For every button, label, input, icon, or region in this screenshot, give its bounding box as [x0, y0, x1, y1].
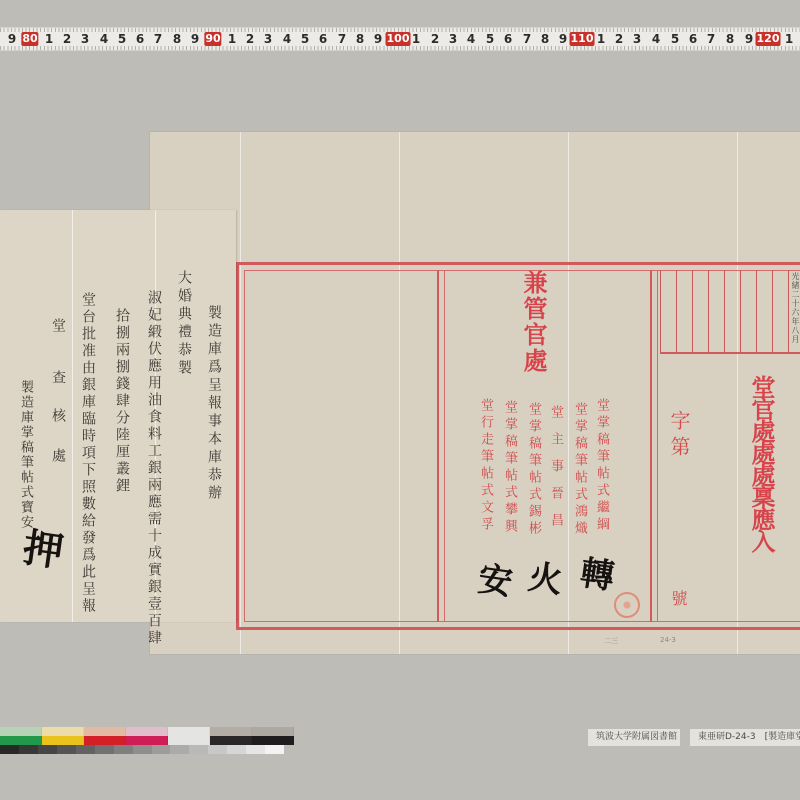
ruler-number: 2 — [615, 32, 623, 46]
gray-step — [208, 745, 227, 754]
color-swatch — [0, 736, 42, 745]
color-swatch — [252, 736, 294, 745]
color-calibration-chart — [0, 727, 284, 751]
petition-line: 淑妃緞伏應用油食料工銀兩應需十成實銀壹百肆 — [144, 290, 164, 647]
ruler-number: 9 — [8, 32, 16, 46]
gray-step — [38, 745, 57, 754]
field-label-hao: 號 — [667, 590, 690, 610]
middle-panel-title: 兼管官處 — [516, 270, 551, 374]
color-swatch — [210, 727, 252, 736]
ruler-number: 7 — [707, 32, 715, 46]
gray-step — [57, 745, 76, 754]
petition-line: 堂 — [48, 318, 68, 336]
ruler-number: 100 — [386, 32, 411, 46]
color-swatch — [42, 736, 84, 745]
ruler-number: 8 — [173, 32, 181, 46]
petition-line: 製造庫爲呈報事本庫恭辦 — [204, 305, 224, 503]
ruler-number: 5 — [486, 32, 494, 46]
ruler-number: 7 — [338, 32, 346, 46]
ruler-number: 7 — [154, 32, 162, 46]
gray-step — [265, 745, 284, 754]
color-swatches-light — [0, 727, 284, 736]
gray-step — [227, 745, 246, 754]
ruler-number: 2 — [246, 32, 254, 46]
color-swatch — [0, 727, 42, 736]
ruler-number: 4 — [283, 32, 291, 46]
ruler-number: 8 — [726, 32, 734, 46]
ruler-number: 110 — [570, 32, 595, 46]
ruler-number: 1 — [45, 32, 53, 46]
signature-mark: 轉 — [568, 553, 621, 593]
measuring-ruler: 9801234567899012345678910012345678911012… — [0, 27, 800, 51]
ruler-number: 2 — [63, 32, 71, 46]
right-panel-title: 堂官處處處稟應入 — [744, 375, 779, 551]
color-swatches-strong — [0, 736, 284, 745]
ruler-number: 3 — [633, 32, 641, 46]
gray-step — [76, 745, 95, 754]
ruler-number: 1 — [785, 32, 793, 46]
ruler-number: 4 — [652, 32, 660, 46]
petition-line: 大婚典禮恭製 — [174, 270, 194, 378]
ruler-number: 1 — [412, 32, 420, 46]
gray-step — [114, 745, 133, 754]
gray-step — [19, 745, 38, 754]
grayscale-steps — [0, 745, 284, 754]
ruler-number: 3 — [449, 32, 457, 46]
ruler-number: 4 — [467, 32, 475, 46]
official-name: 堂掌稿筆帖式鴻熾 — [570, 402, 589, 538]
seal-stamp — [614, 592, 640, 618]
ruler-number: 2 — [431, 32, 439, 46]
color-swatch — [126, 727, 168, 736]
color-swatch — [252, 727, 294, 736]
petition-line: 查 — [48, 370, 68, 388]
color-swatch — [168, 727, 210, 736]
ruler-number: 6 — [136, 32, 144, 46]
ruler-number: 3 — [264, 32, 272, 46]
official-name: 堂主事晉昌 — [546, 405, 565, 540]
ruler-number: 5 — [301, 32, 309, 46]
ruler-number: 9 — [191, 32, 199, 46]
signature-mark: 火 — [516, 557, 569, 597]
ruler-number: 4 — [100, 32, 108, 46]
gray-step — [246, 745, 265, 754]
gray-step — [0, 745, 19, 754]
color-swatch — [210, 736, 252, 745]
official-name: 堂掌稿筆帖式攀興 — [500, 400, 519, 536]
signature-mark: 押 — [9, 524, 71, 572]
petition-line: 核 — [48, 408, 68, 426]
signature-mark: 安 — [466, 559, 519, 599]
form-divider — [437, 270, 439, 622]
ruler-number: 1 — [228, 32, 236, 46]
color-swatch — [168, 736, 210, 745]
ruler-number: 8 — [541, 32, 549, 46]
color-swatch — [84, 727, 126, 736]
official-name: 堂行走筆帖式文孚 — [476, 398, 495, 534]
fold-line — [72, 210, 73, 622]
petition-line: 拾捌兩捌錢肆分陸厘叢鋰 — [112, 308, 132, 495]
color-swatch — [84, 736, 126, 745]
pencil-mark: 24-3 — [660, 636, 676, 644]
ruler-number: 9 — [745, 32, 753, 46]
ruler-number: 90 — [204, 32, 221, 46]
ruler-number: 80 — [21, 32, 38, 46]
ruler-number: 6 — [319, 32, 327, 46]
ruler-number: 5 — [118, 32, 126, 46]
official-name: 堂掌稿筆帖式錫彬 — [524, 402, 543, 538]
gray-step — [133, 745, 152, 754]
field-label-zi-di: 字第 — [665, 410, 694, 462]
ruler-number: 1 — [597, 32, 605, 46]
ruler-number: 3 — [81, 32, 89, 46]
petition-signer: 製造庫掌稿筆帖式寶安 — [16, 380, 35, 530]
form-divider — [650, 270, 652, 622]
form-divider — [657, 270, 658, 622]
ruler-number: 9 — [374, 32, 382, 46]
ruler-number: 6 — [504, 32, 512, 46]
institution-label: 筑波大学附属図書館 — [588, 729, 680, 746]
gray-step — [152, 745, 171, 754]
ruler-number: 8 — [356, 32, 364, 46]
color-swatch — [42, 727, 84, 736]
ruler-number: 7 — [523, 32, 531, 46]
gray-step — [170, 745, 189, 754]
pencil-mark: 二三 — [604, 636, 618, 646]
petition-line: 處 — [48, 448, 68, 466]
form-divider — [444, 270, 445, 622]
color-swatch — [126, 736, 168, 745]
date-annotation: 光緒二十六年八月 — [790, 272, 800, 344]
ruler-number: 9 — [559, 32, 567, 46]
gray-step — [189, 745, 208, 754]
ruler-number: 5 — [671, 32, 679, 46]
petition-line: 堂台批准由銀庫臨時項下照數給發爲此呈報 — [78, 292, 98, 615]
ruled-columns-box — [660, 270, 800, 354]
catalog-label: 東亜研D-24-3 [製造庫堂査覈 — [690, 729, 800, 746]
ruler-number: 120 — [756, 32, 781, 46]
gray-step — [95, 745, 114, 754]
official-name: 堂掌稿筆帖式繼綱 — [592, 398, 611, 534]
ruler-number: 6 — [689, 32, 697, 46]
